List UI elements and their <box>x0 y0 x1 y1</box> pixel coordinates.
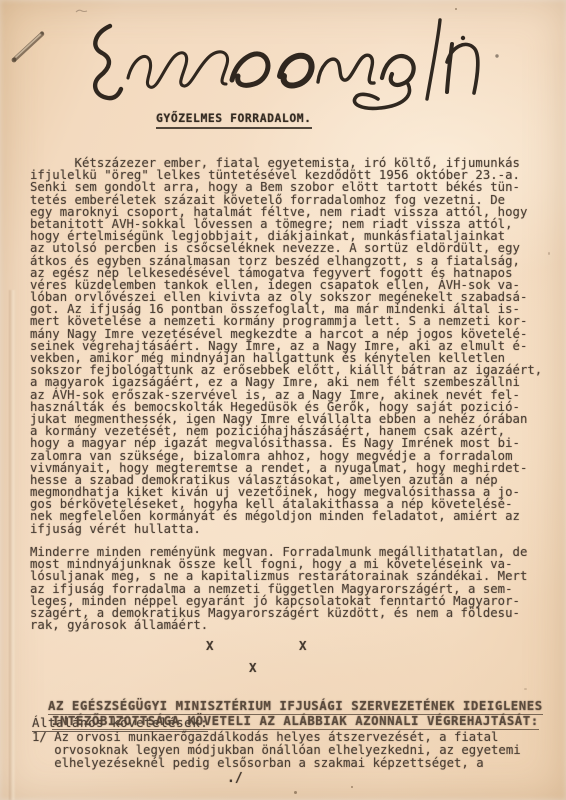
x-separator-left: X <box>206 638 214 653</box>
list-item-1: 1/ Az orvosi munkaerőgazdálkodás helyes … <box>32 731 552 771</box>
ink-speck <box>351 786 353 788</box>
ink-speck <box>524 688 527 690</box>
page-title: GYŐZELMES FORRADALOM. <box>156 111 312 129</box>
ink-speck <box>455 8 457 10</box>
paragraph-2: Minderre minden reményünk megvan. Forrad… <box>30 546 550 631</box>
paragraph-1: Kétszázezer ember, fiatal egyetemista, i… <box>30 157 550 535</box>
paper-crease <box>9 290 16 800</box>
page-continuation-mark: ./ <box>227 771 243 786</box>
ink-speck <box>548 252 550 255</box>
ink-speck <box>294 791 297 794</box>
x-separator-right: X <box>299 638 307 653</box>
x-separator-center: X <box>249 660 257 675</box>
